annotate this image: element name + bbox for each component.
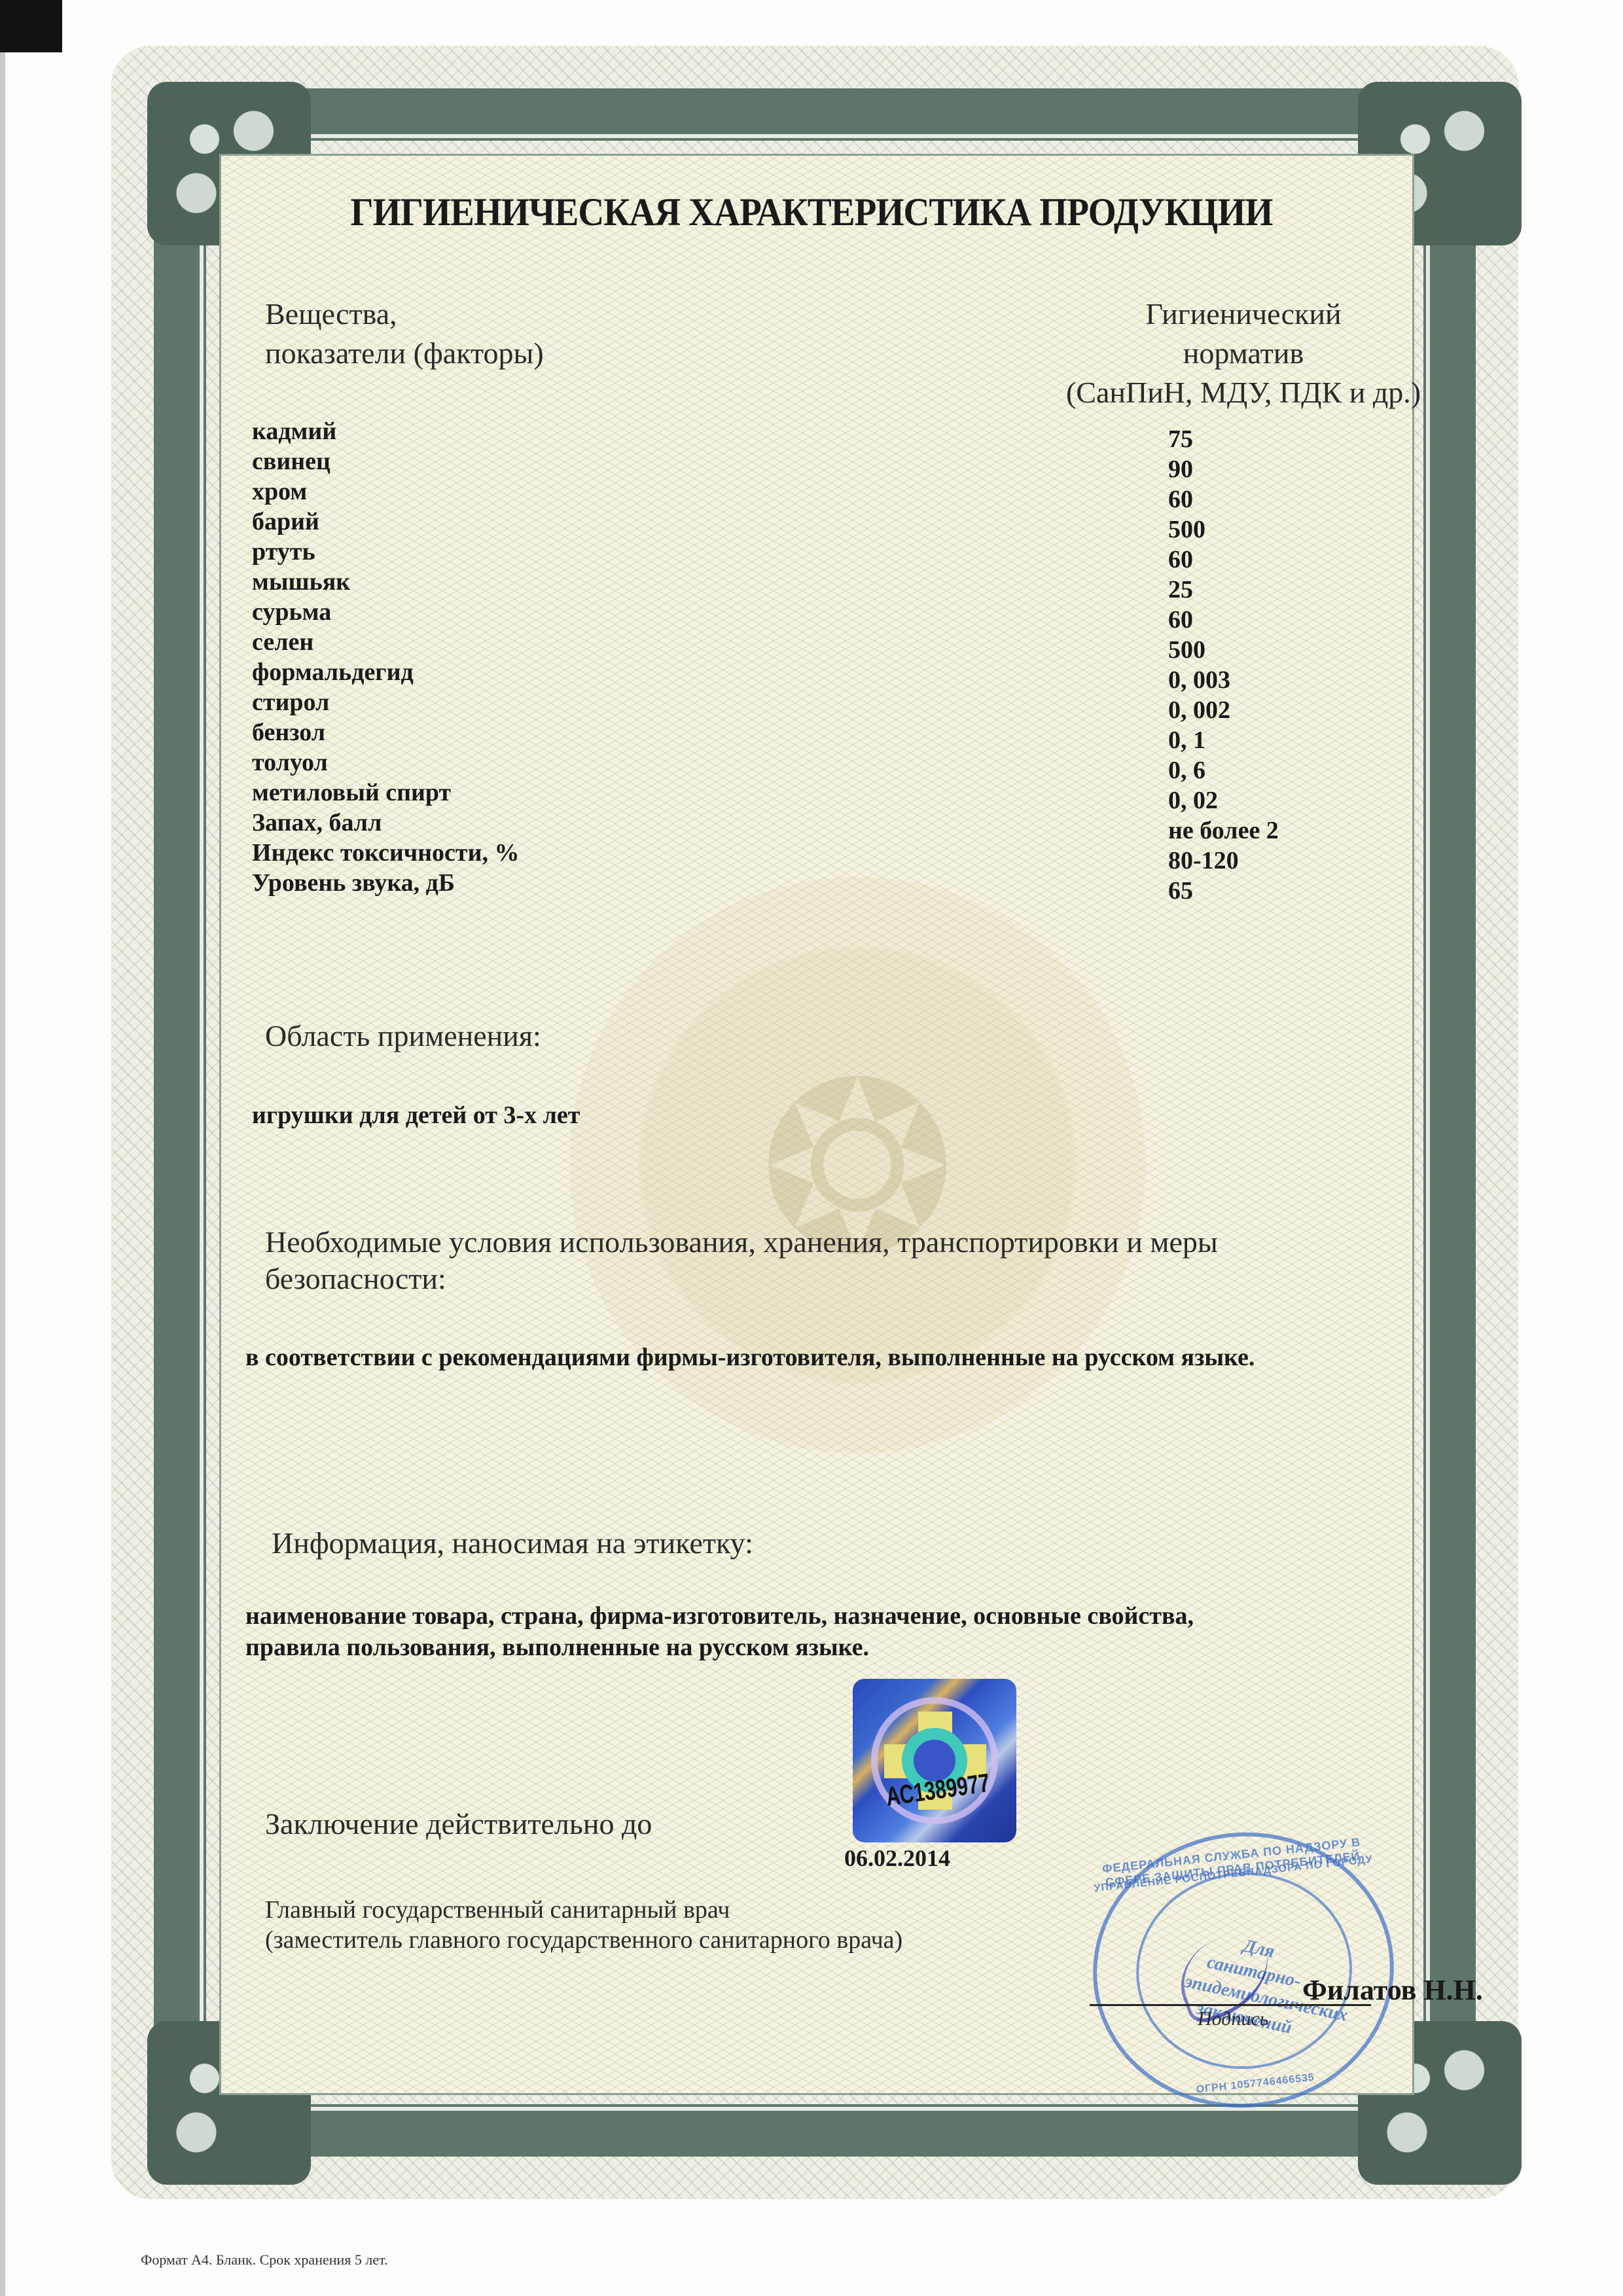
doctor-title: Главный государственный санитарный врач … — [265, 1895, 902, 1955]
application-value: игрушки для детей от 3-х лет — [252, 1100, 580, 1131]
label-line: безопасности: — [265, 1261, 1218, 1297]
value-line: правила пользования, выполненные на русс… — [245, 1632, 1194, 1663]
substance-norm: 60 — [1168, 605, 1279, 635]
substance-norm: 65 — [1168, 876, 1279, 906]
substance-norm: 500 — [1168, 514, 1279, 545]
substance-norm: 0, 6 — [1168, 755, 1279, 785]
scan-edge-top — [0, 0, 62, 52]
substance-name: толуол — [252, 747, 519, 778]
substance-name: ртуть — [252, 537, 519, 567]
substance-name: селен — [252, 627, 519, 657]
label-info-value: наименование товара, страна, фирма-изгот… — [245, 1600, 1194, 1663]
header-line: показатели (факторы) — [265, 334, 544, 373]
substance-name: бензол — [252, 717, 519, 747]
doctor-title-line: Главный государственный санитарный врач — [265, 1895, 902, 1925]
document-title: ГИГИЕНИЧЕСКАЯ ХАРАКТЕРИСТИКА ПРОДУКЦИИ — [65, 190, 1558, 235]
header-line: норматив — [1021, 334, 1466, 373]
doctor-title-line: (заместитель главного государственного с… — [265, 1925, 902, 1955]
substance-norm: 80-120 — [1168, 846, 1279, 876]
substance-name: свинец — [252, 446, 519, 476]
footer-note: Формат А4. Бланк. Срок хранения 5 лет. — [141, 2251, 388, 2269]
substance-name-list: кадмийсвинецхромбарийртутьмышьяксурьмасе… — [252, 416, 519, 898]
signer-name: Филатов Н.Н. — [1302, 1973, 1483, 2007]
validity-label: Заключение действительно до — [265, 1806, 652, 1841]
validity-date: 06.02.2014 — [844, 1844, 950, 1872]
substance-norm: 75 — [1168, 424, 1279, 454]
hologram-sticker: АС1389977 — [853, 1679, 1016, 1842]
scan-edge — [0, 0, 5, 2296]
substance-name: сурьма — [252, 597, 519, 627]
label-line: Необходимые условия использования, хране… — [265, 1224, 1218, 1261]
conditions-value: в соответствии с рекомендациями фирмы-из… — [245, 1342, 1255, 1373]
substance-norm: 60 — [1168, 545, 1279, 575]
substance-norm: 90 — [1168, 454, 1279, 484]
substance-name: Запах, балл — [252, 808, 519, 838]
application-label: Область применения: — [265, 1018, 541, 1054]
substance-norm: 60 — [1168, 484, 1279, 514]
substance-name: Индекс токсичности, % — [252, 838, 519, 868]
substance-name: стирол — [252, 687, 519, 717]
substance-norm: не более 2 — [1168, 816, 1279, 846]
substance-norm: 0, 003 — [1168, 665, 1279, 695]
substance-norm: 0, 02 — [1168, 785, 1279, 816]
substance-norm: 500 — [1168, 635, 1279, 665]
header-line: (СанПиН, МДУ, ПДК и др.) — [1021, 373, 1466, 412]
header-line: Вещества, — [265, 295, 544, 334]
substance-name: барий — [252, 507, 519, 537]
label-info-label: Информация, наносимая на этикетку: — [272, 1525, 753, 1562]
column-header-norm: Гигиенический норматив (СанПиН, МДУ, ПДК… — [1021, 295, 1466, 412]
substance-name: кадмий — [252, 416, 519, 446]
substance-norm: 25 — [1168, 575, 1279, 605]
header-line: Гигиенический — [1021, 295, 1466, 334]
substance-norm-list: 7590605006025605000, 0030, 0020, 10, 60,… — [1168, 424, 1279, 906]
substance-norm: 0, 1 — [1168, 725, 1279, 755]
conditions-label: Необходимые условия использования, хране… — [265, 1224, 1218, 1297]
substance-name: метиловый спирт — [252, 778, 519, 808]
substance-name: формальдегид — [252, 657, 519, 687]
substance-name: мышьяк — [252, 567, 519, 597]
substance-name: хром — [252, 476, 519, 507]
substance-norm: 0, 002 — [1168, 695, 1279, 725]
substance-name: Уровень звука, дБ — [252, 868, 519, 898]
column-header-substances: Вещества, показатели (факторы) — [265, 295, 544, 373]
signature-caption: Подпись — [1198, 2008, 1268, 2030]
value-line: наименование товара, страна, фирма-изгот… — [245, 1600, 1194, 1632]
